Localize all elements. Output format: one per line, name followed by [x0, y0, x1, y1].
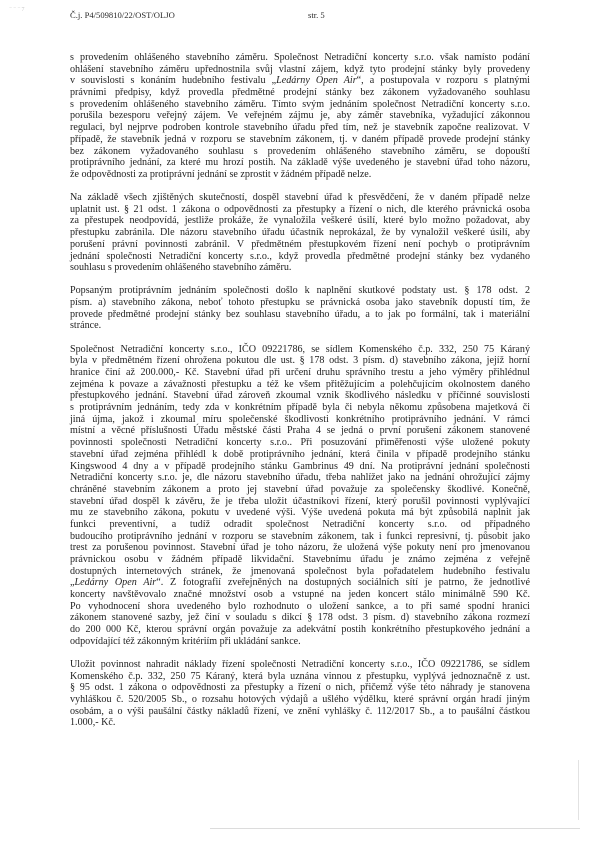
text-line: stavební úřad zejména přihlédl k době pr… [70, 449, 530, 461]
text-line: 1.000,- Kč. [70, 717, 530, 729]
text-line: regulaci, byl nejprve podroben kontrole … [70, 122, 530, 134]
page-number: str. 5 [308, 10, 325, 20]
text-line: do 200 000 Kč, kterou správní orgán pova… [70, 624, 530, 636]
text-line: přestupku zabránila. Dle názoru stavební… [70, 227, 530, 239]
text-line: s protiprávním jednáním, tedy zda v konk… [70, 402, 530, 414]
text-line: stavební úřad dospěl k závěru, že je tře… [70, 496, 530, 508]
text-line: Uložit povinnost nahradit náklady řízení… [70, 659, 530, 671]
text-line: Po vyhodnocení shora uvedeného bylo rozh… [70, 601, 530, 613]
text-line: povinnosti společnosti Netradiční koncer… [70, 437, 530, 449]
text-line: souhlasu s provedením ohlášeného stavebn… [70, 262, 530, 274]
text-line: Netradiční koncerty s.r.o. je, dle názor… [70, 472, 530, 484]
text-line: jiná újma, jakož i zkoumal míru společen… [70, 414, 530, 426]
text-line: zejména k povaze a závažnosti přestupku … [70, 379, 530, 391]
text-line: Společnost Netradiční koncerty s.r.o., I… [70, 344, 530, 356]
text-line: odpovídající též zákonným kritériím při … [70, 636, 530, 648]
text-line: budoucího protiprávního jednání v rozpor… [70, 531, 530, 543]
text-line: byla v předmětném řízení ohrožena pokuto… [70, 355, 530, 367]
text-line: Na základě všech zjištěných skutečností,… [70, 192, 530, 204]
text-line: právními předpisy, když provedla předmět… [70, 87, 530, 99]
text-line: § 95 odst. 1 zákona o odpovědnosti za př… [70, 682, 530, 694]
text-line: osobám, a o výši paušální částky nákladů… [70, 706, 530, 718]
text-line: protiprávního jednání, za které mu hrozí… [70, 157, 530, 169]
text-line: místní a věcné příslušnosti Úřadu městsk… [70, 425, 530, 437]
page-header: Č.j. P4/509810/22/OST/OLJO str. 5 [70, 10, 530, 24]
paragraph-4: Společnost Netradiční koncerty s.r.o., I… [70, 344, 530, 648]
text-line: stránce. [70, 320, 530, 332]
text-line: vyhláškou č. 520/2005 Sb., o rozsahu hot… [70, 694, 530, 706]
text-line: koncerty navštěvovalo značné množství os… [70, 589, 530, 601]
text-line: za přestupek neodpovídá, jestliže prokáž… [70, 215, 530, 227]
paragraph-2: Na základě všech zjištěných skutečností,… [70, 192, 530, 274]
paragraph-3: Popsaným protiprávním jednáním společnos… [70, 285, 530, 332]
text-line: porušila bezesporu veřejný zájem. Ve veř… [70, 110, 530, 122]
text-line: porušení právní povinnosti zabránil. V p… [70, 239, 530, 251]
text-line: zákonem stanovené sazby, jež činí v soul… [70, 612, 530, 624]
text-line: trest za porušenou povinnost. Stavební ú… [70, 542, 530, 554]
text-line: mu ze stavebního zákona, pokutu v uveden… [70, 507, 530, 519]
text-line: provede předmětné prodejní stánky bez so… [70, 309, 530, 321]
text-line: případě, že stavebník jedná v rozporu se… [70, 134, 530, 146]
paragraph-5: Uložit povinnost nahradit náklady řízení… [70, 659, 530, 729]
text-line: písm. a) stavebního zákona, neboť tohoto… [70, 297, 530, 309]
document-body: s provedením ohlášeného stavebního záměr… [70, 52, 530, 741]
text-line: přestupkového jednání. Stavební úřad zár… [70, 390, 530, 402]
text-line: dostupných internetových stránek, že jme… [70, 566, 530, 578]
paragraph-1: s provedením ohlášeného stavebního záměr… [70, 52, 530, 181]
text-line: s provedením ohlášeného stavebního záměr… [70, 99, 530, 111]
text-line: „Ledárny Open Air“. Z fotografií zveřejn… [70, 577, 530, 589]
case-reference: Č.j. P4/509810/22/OST/OLJO [70, 10, 175, 20]
text-line: Popsaným protiprávním jednáním společnos… [70, 285, 530, 297]
text-line: jednání společnosti Netradiční koncerty … [70, 251, 530, 263]
text-line: s provedením ohlášeného stavebního záměr… [70, 52, 530, 64]
scan-edge-right [578, 760, 579, 820]
text-line: chráněné stavebním zákonem a proto jej s… [70, 484, 530, 496]
festival-name: Ledárny Open Air [276, 75, 357, 86]
text-line: uplatnit ust. § 21 odst. 1 zákona o odpo… [70, 204, 530, 216]
text-line: Kingswood 4 dny a v případě prodejního s… [70, 461, 530, 473]
text-line: Komenského č.p. 332, 250 75 Káraný, kter… [70, 671, 530, 683]
text-line: že odpovědnosti za protiprávní jednání s… [70, 169, 530, 181]
text-line: právnickou osobu v žádném případě likvid… [70, 554, 530, 566]
text-line: funkci preventivní, a tudíž odradit spol… [70, 519, 530, 531]
scan-artifact-mark: ⁻⁻⁻7 [9, 6, 26, 13]
text-line: bez zákonem vyžadovaného souhlasu s prov… [70, 146, 530, 158]
text-line: ohlášení stavebního záměru upřednostnila… [70, 64, 530, 76]
text-line: v souvislosti s konáním hudebního festiv… [70, 75, 530, 87]
text-line: hranice činí až 200.000,- Kč. Stavební ú… [70, 367, 530, 379]
scan-edge-bottom [210, 828, 580, 829]
festival-name: Ledárny Open Air [74, 577, 156, 588]
